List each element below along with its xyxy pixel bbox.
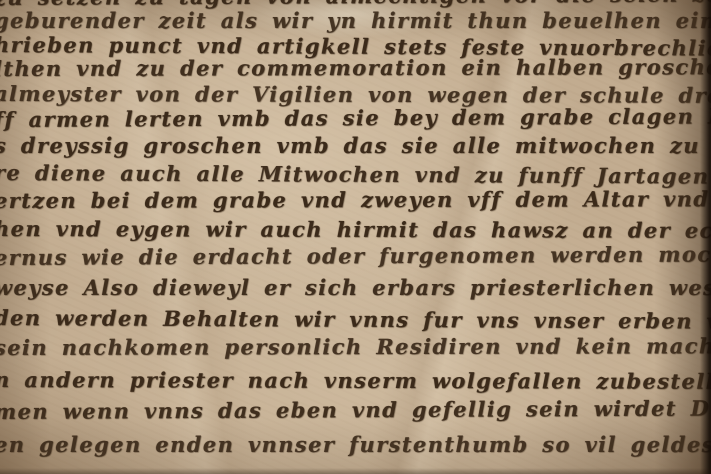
manuscript-line: den werden Behalten wir vnns fur vns vns… xyxy=(0,304,711,335)
manuscript-line: s dreyssig groschen vmb das sie alle mit… xyxy=(0,132,711,159)
manuscript-line: ernus wie die erdacht oder furgenomen we… xyxy=(0,240,711,271)
bottom-edge-shadow xyxy=(0,468,711,474)
manuscript-line: ff armen lerten vmb das sie bey dem grab… xyxy=(0,102,711,133)
manuscript-photograph: zu setzen zu tagen von almechtigen vor d… xyxy=(0,0,711,474)
manuscript-line: geburender zeit als wir yn hirmit thun b… xyxy=(0,7,711,34)
manuscript-line: en gelegen enden vnnser furstenthumb so … xyxy=(0,431,711,458)
manuscript-line: sein nachkomen personlich Residiren vnd … xyxy=(0,333,711,362)
manuscript-line: men wenn vnns das eben vnd gefellig sein… xyxy=(0,394,711,425)
manuscript-line: weyse Also dieweyl er sich erbars priest… xyxy=(0,274,711,301)
page-edge-shadow xyxy=(700,0,711,474)
manuscript-line: ertzen bei dem grabe vnd zweyen vff dem … xyxy=(0,185,711,214)
manuscript-line: n andern priester nach vnserm wolgefalle… xyxy=(0,366,711,395)
manuscript-line: hen vnd eygen wir auch hirmit das hawsz … xyxy=(0,215,711,244)
manuscript-line: lthen vnd zu der commemoration ein halbe… xyxy=(0,53,711,82)
manuscript-text: zu setzen zu tagen von almechtigen vor d… xyxy=(0,0,711,474)
